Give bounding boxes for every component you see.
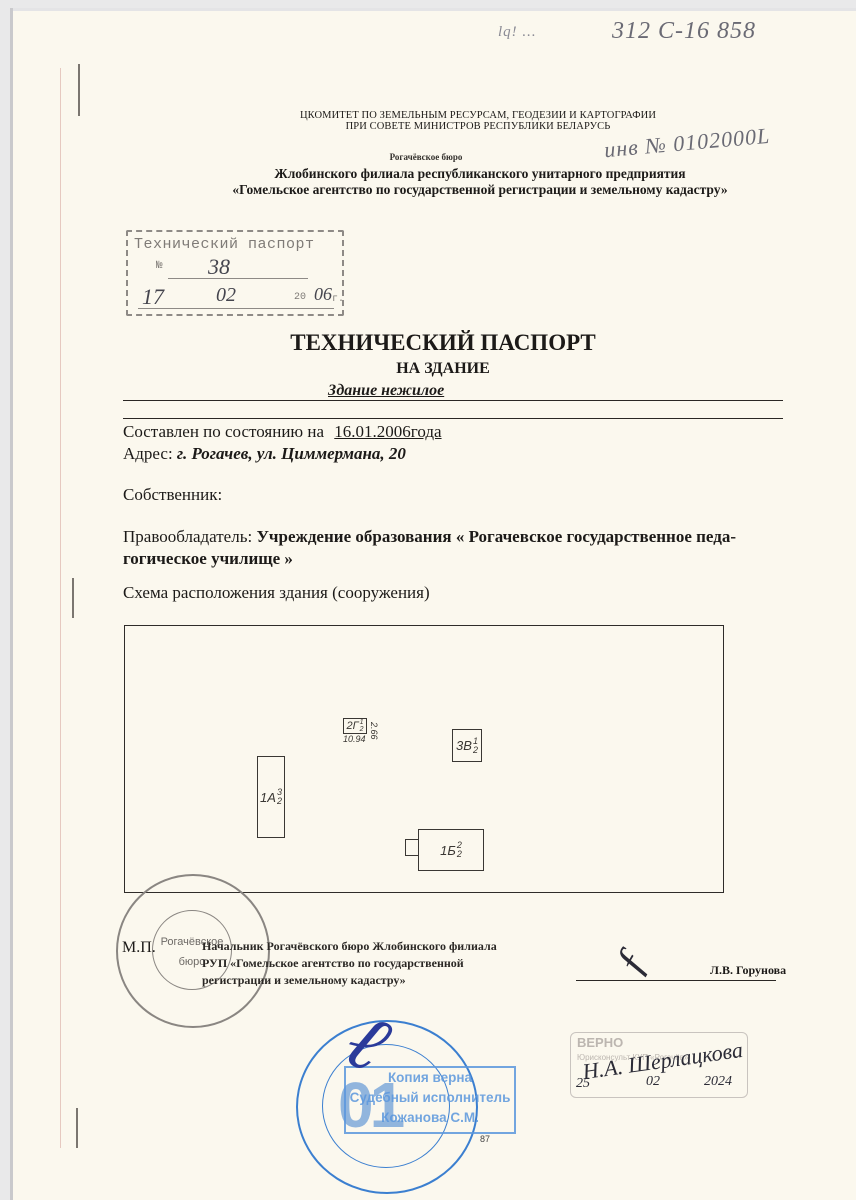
site-scheme: 1А 32 2Г 12 10.94 2.66 3В 12 1Б 22 xyxy=(124,625,724,893)
registration-stamp: Технический паспорт № 38 17 02 20 06 г. xyxy=(126,230,344,316)
agency-name: «Гомельское агентство по государственной… xyxy=(10,182,856,198)
branch-name: Жлобинского филиала республиканского уни… xyxy=(10,166,856,182)
verification-day: 25 xyxy=(576,1076,590,1092)
registration-number: 38 xyxy=(208,254,230,280)
scheme-label: Схема расположения здания (сооружения) xyxy=(123,583,430,603)
page-number: 87 xyxy=(480,1134,490,1144)
registration-year-suffix: 06 xyxy=(314,284,332,305)
building-1b-annex xyxy=(405,839,418,856)
compiled-label: Составлен по состоянию на xyxy=(123,422,324,441)
compiled-row: Составлен по состоянию на 16.01.2006года xyxy=(123,422,442,442)
certified-copy-line2: Судебный исполнитель xyxy=(346,1088,514,1108)
rightholder-value-line2: гогическое училище » xyxy=(123,549,293,569)
address-value: г. Рогачев, ул. Циммермана, 20 xyxy=(177,444,406,463)
building-1a-group: 2 xyxy=(277,797,282,806)
verification-year: 2024 xyxy=(704,1074,732,1090)
certified-copy-stamp: Копия верна Судебный исполнитель Кожанов… xyxy=(344,1066,516,1134)
compiled-date: 16.01.2006года xyxy=(334,422,441,441)
bureau-block: Рогачёвское бюро xyxy=(10,152,856,162)
document-title: ТЕХНИЧЕСКИЙ ПАСПОРТ xyxy=(20,330,856,356)
document-page: lq! ... 312 C-16 858 инв № 0102000L ЦКОМ… xyxy=(10,8,856,1200)
signatory-position-line2: РУП «Гомельское агентство по государстве… xyxy=(202,955,497,972)
signatory-position: Начальник Рогачёвского бюро Жлобинского … xyxy=(202,938,497,989)
verification-stamp-title: ВЕРНО xyxy=(577,1035,623,1050)
signatory-name: Л.В. Горунова xyxy=(710,963,786,978)
registration-year-prefix: 20 xyxy=(294,292,306,303)
building-1a-code: 1А xyxy=(260,790,276,805)
building-1b-group: 2 xyxy=(457,850,462,859)
building-1b: 1Б 22 xyxy=(418,829,484,871)
margin-mark-bottom xyxy=(76,1108,78,1148)
document-subtitle: НА ЗДАНИЕ xyxy=(20,360,856,378)
registration-stamp-title: Технический паспорт xyxy=(134,236,315,253)
rightholder-value-line1: Учреждение образования « Рогачевское гос… xyxy=(256,527,736,546)
registration-number-line xyxy=(168,278,308,279)
margin-mark-top xyxy=(78,64,80,116)
committee-line-2: ПРИ СОВЕТЕ МИНИСТРОВ РЕСПУБЛИКИ БЕЛАРУСЬ xyxy=(10,121,856,132)
registration-day: 17 xyxy=(142,284,164,310)
certified-copy-line1: Копия верна xyxy=(346,1068,514,1088)
handwritten-case-number: 312 C-16 858 xyxy=(612,18,756,45)
committee-line-1: ЦКОМИТЕТ ПО ЗЕМЕЛЬНЫМ РЕСУРСАМ, ГЕОДЕЗИИ… xyxy=(10,110,856,121)
handwritten-note: lq! ... xyxy=(498,24,537,41)
rule-2 xyxy=(123,418,783,419)
dimension-vertical: 2.66 xyxy=(369,722,379,740)
address-label: Адрес: xyxy=(123,444,173,463)
certified-copy-line3: Кожанова С.М. xyxy=(346,1108,514,1128)
building-2g: 2Г 12 xyxy=(343,718,367,734)
rightholder-label: Правообладатель: xyxy=(123,527,252,546)
registration-year-unit: г. xyxy=(332,294,344,305)
dimension-horizontal: 10.94 xyxy=(343,734,366,744)
building-3v: 3В 12 xyxy=(452,729,482,762)
signatory-position-line3: регистрации и земельному кадастру» xyxy=(202,972,497,989)
building-2g-code: 2Г xyxy=(346,720,358,732)
building-1a: 1А 32 xyxy=(257,756,285,838)
registration-date-line xyxy=(138,308,334,309)
signature-scribble: ƒ xyxy=(603,939,658,984)
stamp-place-label: М.П. xyxy=(122,939,156,957)
verification-month: 02 xyxy=(646,1074,660,1090)
building-2g-floors: 1 xyxy=(360,719,364,726)
address-row: Адрес: г. Рогачев, ул. Циммермана, 20 xyxy=(123,444,406,464)
signatory-position-line1: Начальник Рогачёвского бюро Жлобинского … xyxy=(202,938,497,955)
building-3v-code: 3В xyxy=(456,738,472,753)
registration-month: 02 xyxy=(216,284,236,307)
owner-label: Собственник: xyxy=(123,485,222,505)
margin-mark-middle xyxy=(72,578,74,618)
header: ЦКОМИТЕТ ПО ЗЕМЕЛЬНЫМ РЕСУРСАМ, ГЕОДЕЗИИ… xyxy=(10,110,856,132)
signature-line xyxy=(576,980,776,981)
building-2g-group: 2 xyxy=(360,726,364,733)
registration-number-label: № xyxy=(156,260,163,272)
building-type: Здание нежилое xyxy=(328,382,444,400)
rule-1 xyxy=(123,400,783,401)
margin-line xyxy=(60,68,61,1148)
bureau-name: Рогачёвское бюро xyxy=(10,152,842,162)
building-1b-code: 1Б xyxy=(440,843,456,858)
building-3v-group: 2 xyxy=(473,746,478,755)
rightholder-row: Правообладатель: Учреждение образования … xyxy=(123,527,736,547)
agency-block: Жлобинского филиала республиканского уни… xyxy=(10,166,856,198)
